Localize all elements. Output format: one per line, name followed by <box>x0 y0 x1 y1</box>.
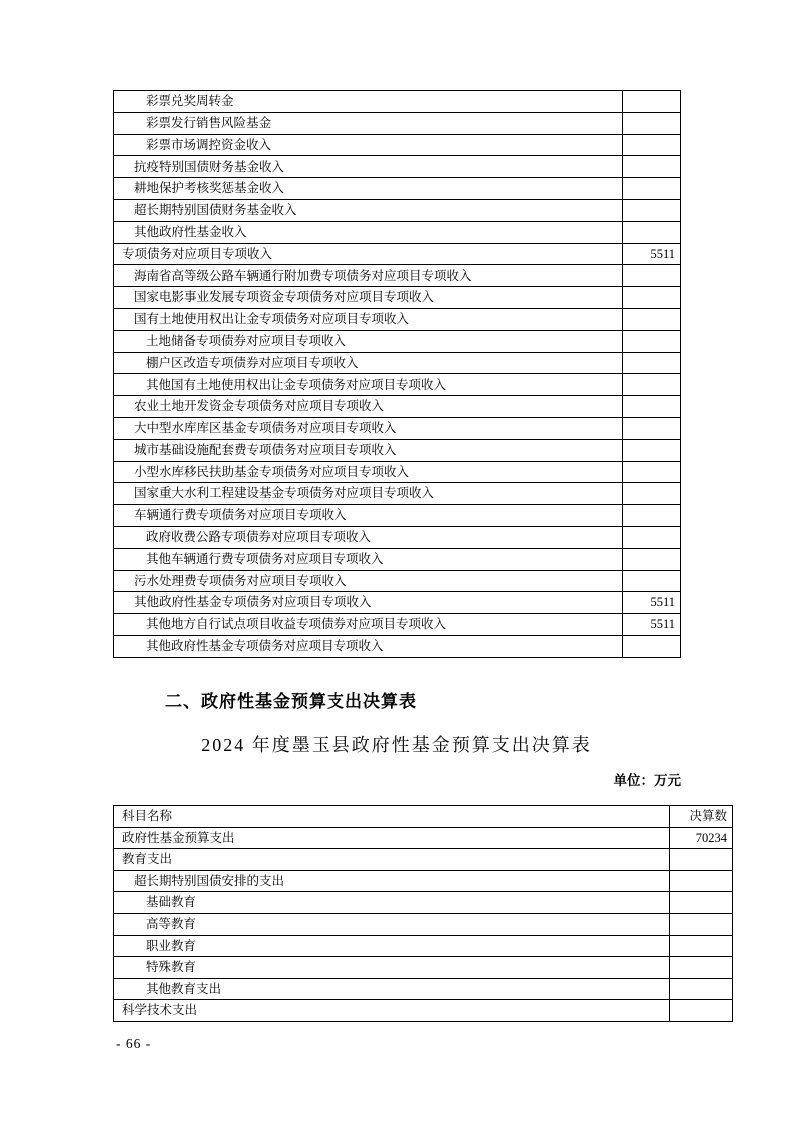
amount-cell <box>623 548 681 570</box>
subject-cell: 彩票市场调控资金收入 <box>114 134 623 156</box>
final-amount-header: 决算数 <box>670 806 733 828</box>
subject-cell: 专项债务对应项目专项收入 <box>114 243 623 265</box>
table-row: 超长期特别国债安排的支出 <box>114 870 733 892</box>
table-row: 彩票兑奖周转金 <box>114 91 681 113</box>
subject-cell: 棚户区改造专项债券对应项目专项收入 <box>114 352 623 374</box>
amount-cell <box>623 461 681 483</box>
amount-cell <box>623 112 681 134</box>
amount-cell <box>623 635 681 657</box>
table-row: 农业土地开发资金专项债务对应项目专项收入 <box>114 396 681 418</box>
subject-cell: 彩票兑奖周转金 <box>114 91 623 113</box>
subject-cell: 国有土地使用权出让金专项债务对应项目专项收入 <box>114 308 623 330</box>
table-row: 污水处理费专项债务对应项目专项收入 <box>114 570 681 592</box>
amount-cell <box>623 199 681 221</box>
table-row: 车辆通行费专项债务对应项目专项收入 <box>114 505 681 527</box>
subject-cell: 政府收费公路专项债券对应项目专项收入 <box>114 526 623 548</box>
fund-expenditure-table: 科目名称 决算数 政府性基金预算支出70234教育支出超长期特别国债安排的支出基… <box>113 805 733 1022</box>
amount-cell <box>623 265 681 287</box>
page-number: - 66 - <box>116 1036 151 1052</box>
amount-cell <box>623 134 681 156</box>
table-row: 城市基础设施配套费专项债务对应项目专项收入 <box>114 439 681 461</box>
amount-cell <box>670 870 733 892</box>
subject-cell: 特殊教育 <box>114 957 670 979</box>
amount-cell <box>623 308 681 330</box>
table-row: 彩票市场调控资金收入 <box>114 134 681 156</box>
table-row: 国家电影事业发展专项资金专项债务对应项目专项收入 <box>114 287 681 309</box>
amount-cell <box>623 287 681 309</box>
amount-cell <box>623 505 681 527</box>
amount-cell <box>670 935 733 957</box>
subject-cell: 海南省高等级公路车辆通行附加费专项债务对应项目专项收入 <box>114 265 623 287</box>
subject-cell: 车辆通行费专项债务对应项目专项收入 <box>114 505 623 527</box>
table-row: 基础教育 <box>114 892 733 914</box>
subject-cell: 政府性基金预算支出 <box>114 827 670 849</box>
subject-name-header: 科目名称 <box>114 806 670 828</box>
amount-cell <box>623 330 681 352</box>
fund-revenue-table: 彩票兑奖周转金彩票发行销售风险基金彩票市场调控资金收入抗疫特别国债财务基金收入耕… <box>113 90 681 658</box>
amount-cell <box>623 396 681 418</box>
table-title: 2024 年度墨玉县政府性基金预算支出决算表 <box>0 731 793 757</box>
table-row: 海南省高等级公路车辆通行附加费专项债务对应项目专项收入 <box>114 265 681 287</box>
table-row: 超长期特别国债财务基金收入 <box>114 199 681 221</box>
subject-cell: 高等教育 <box>114 913 670 935</box>
table-row: 小型水库移民扶助基金专项债务对应项目专项收入 <box>114 461 681 483</box>
table-row: 抗疫特别国债财务基金收入 <box>114 156 681 178</box>
table-row: 其他政府性基金专项债务对应项目专项收入 <box>114 635 681 657</box>
subject-cell: 其他教育支出 <box>114 978 670 1000</box>
table-row: 大中型水库库区基金专项债务对应项目专项收入 <box>114 417 681 439</box>
amount-cell <box>623 156 681 178</box>
amount-cell <box>670 1000 733 1022</box>
table-row: 政府收费公路专项债券对应项目专项收入 <box>114 526 681 548</box>
table-row: 其他车辆通行费专项债务对应项目专项收入 <box>114 548 681 570</box>
section-heading: 二、政府性基金预算支出决算表 <box>165 687 417 712</box>
table-row: 其他国有土地使用权出让金专项债务对应项目专项收入 <box>114 374 681 396</box>
amount-cell <box>670 892 733 914</box>
subject-cell: 抗疫特别国债财务基金收入 <box>114 156 623 178</box>
table-row: 其他政府性基金收入 <box>114 221 681 243</box>
table-row: 高等教育 <box>114 913 733 935</box>
amount-cell <box>623 178 681 200</box>
subject-cell: 其他地方自行试点项目收益专项债券对应项目专项收入 <box>114 614 623 636</box>
table-row: 国有土地使用权出让金专项债务对应项目专项收入 <box>114 308 681 330</box>
subject-cell: 国家重大水利工程建设基金专项债务对应项目专项收入 <box>114 483 623 505</box>
amount-cell: 5511 <box>623 592 681 614</box>
amount-cell <box>623 352 681 374</box>
amount-cell <box>670 957 733 979</box>
amount-cell <box>623 483 681 505</box>
table-row: 其他教育支出 <box>114 978 733 1000</box>
table-row: 专项债务对应项目专项收入5511 <box>114 243 681 265</box>
amount-cell <box>623 417 681 439</box>
subject-cell: 小型水库移民扶助基金专项债务对应项目专项收入 <box>114 461 623 483</box>
table-row: 土地储备专项债券对应项目专项收入 <box>114 330 681 352</box>
table-row: 教育支出 <box>114 849 733 871</box>
subject-cell: 其他国有土地使用权出让金专项债务对应项目专项收入 <box>114 374 623 396</box>
subject-cell: 超长期特别国债财务基金收入 <box>114 199 623 221</box>
document-page: 彩票兑奖周转金彩票发行销售风险基金彩票市场调控资金收入抗疫特别国债财务基金收入耕… <box>0 0 793 1122</box>
amount-cell <box>670 913 733 935</box>
amount-cell <box>670 849 733 871</box>
amount-cell <box>623 221 681 243</box>
subject-cell: 科学技术支出 <box>114 1000 670 1022</box>
subject-cell: 农业土地开发资金专项债务对应项目专项收入 <box>114 396 623 418</box>
subject-cell: 其他政府性基金收入 <box>114 221 623 243</box>
subject-cell: 国家电影事业发展专项资金专项债务对应项目专项收入 <box>114 287 623 309</box>
subject-cell: 职业教育 <box>114 935 670 957</box>
subject-cell: 教育支出 <box>114 849 670 871</box>
subject-cell: 超长期特别国债安排的支出 <box>114 870 670 892</box>
table-row: 耕地保护考核奖惩基金收入 <box>114 178 681 200</box>
table-row: 棚户区改造专项债券对应项目专项收入 <box>114 352 681 374</box>
table-row: 其他政府性基金专项债务对应项目专项收入5511 <box>114 592 681 614</box>
amount-cell <box>623 91 681 113</box>
subject-cell: 其他车辆通行费专项债务对应项目专项收入 <box>114 548 623 570</box>
subject-cell: 土地储备专项债券对应项目专项收入 <box>114 330 623 352</box>
table-row: 其他地方自行试点项目收益专项债券对应项目专项收入5511 <box>114 614 681 636</box>
table-row: 科学技术支出 <box>114 1000 733 1022</box>
subject-cell: 大中型水库库区基金专项债务对应项目专项收入 <box>114 417 623 439</box>
table-row: 职业教育 <box>114 935 733 957</box>
table-row: 彩票发行销售风险基金 <box>114 112 681 134</box>
table-row: 国家重大水利工程建设基金专项债务对应项目专项收入 <box>114 483 681 505</box>
amount-cell <box>670 978 733 1000</box>
amount-cell <box>623 570 681 592</box>
table-header-row: 科目名称 决算数 <box>114 806 733 828</box>
subject-cell: 其他政府性基金专项债务对应项目专项收入 <box>114 635 623 657</box>
subject-cell: 基础教育 <box>114 892 670 914</box>
amount-cell: 5511 <box>623 243 681 265</box>
amount-cell <box>623 439 681 461</box>
subject-cell: 彩票发行销售风险基金 <box>114 112 623 134</box>
amount-cell: 5511 <box>623 614 681 636</box>
subject-cell: 其他政府性基金专项债务对应项目专项收入 <box>114 592 623 614</box>
subject-cell: 城市基础设施配套费专项债务对应项目专项收入 <box>114 439 623 461</box>
table-row: 政府性基金预算支出70234 <box>114 827 733 849</box>
unit-label: 单位：万元 <box>614 769 682 789</box>
amount-cell <box>623 374 681 396</box>
table-row: 特殊教育 <box>114 957 733 979</box>
amount-cell <box>623 526 681 548</box>
subject-cell: 污水处理费专项债务对应项目专项收入 <box>114 570 623 592</box>
subject-cell: 耕地保护考核奖惩基金收入 <box>114 178 623 200</box>
amount-cell: 70234 <box>670 827 733 849</box>
